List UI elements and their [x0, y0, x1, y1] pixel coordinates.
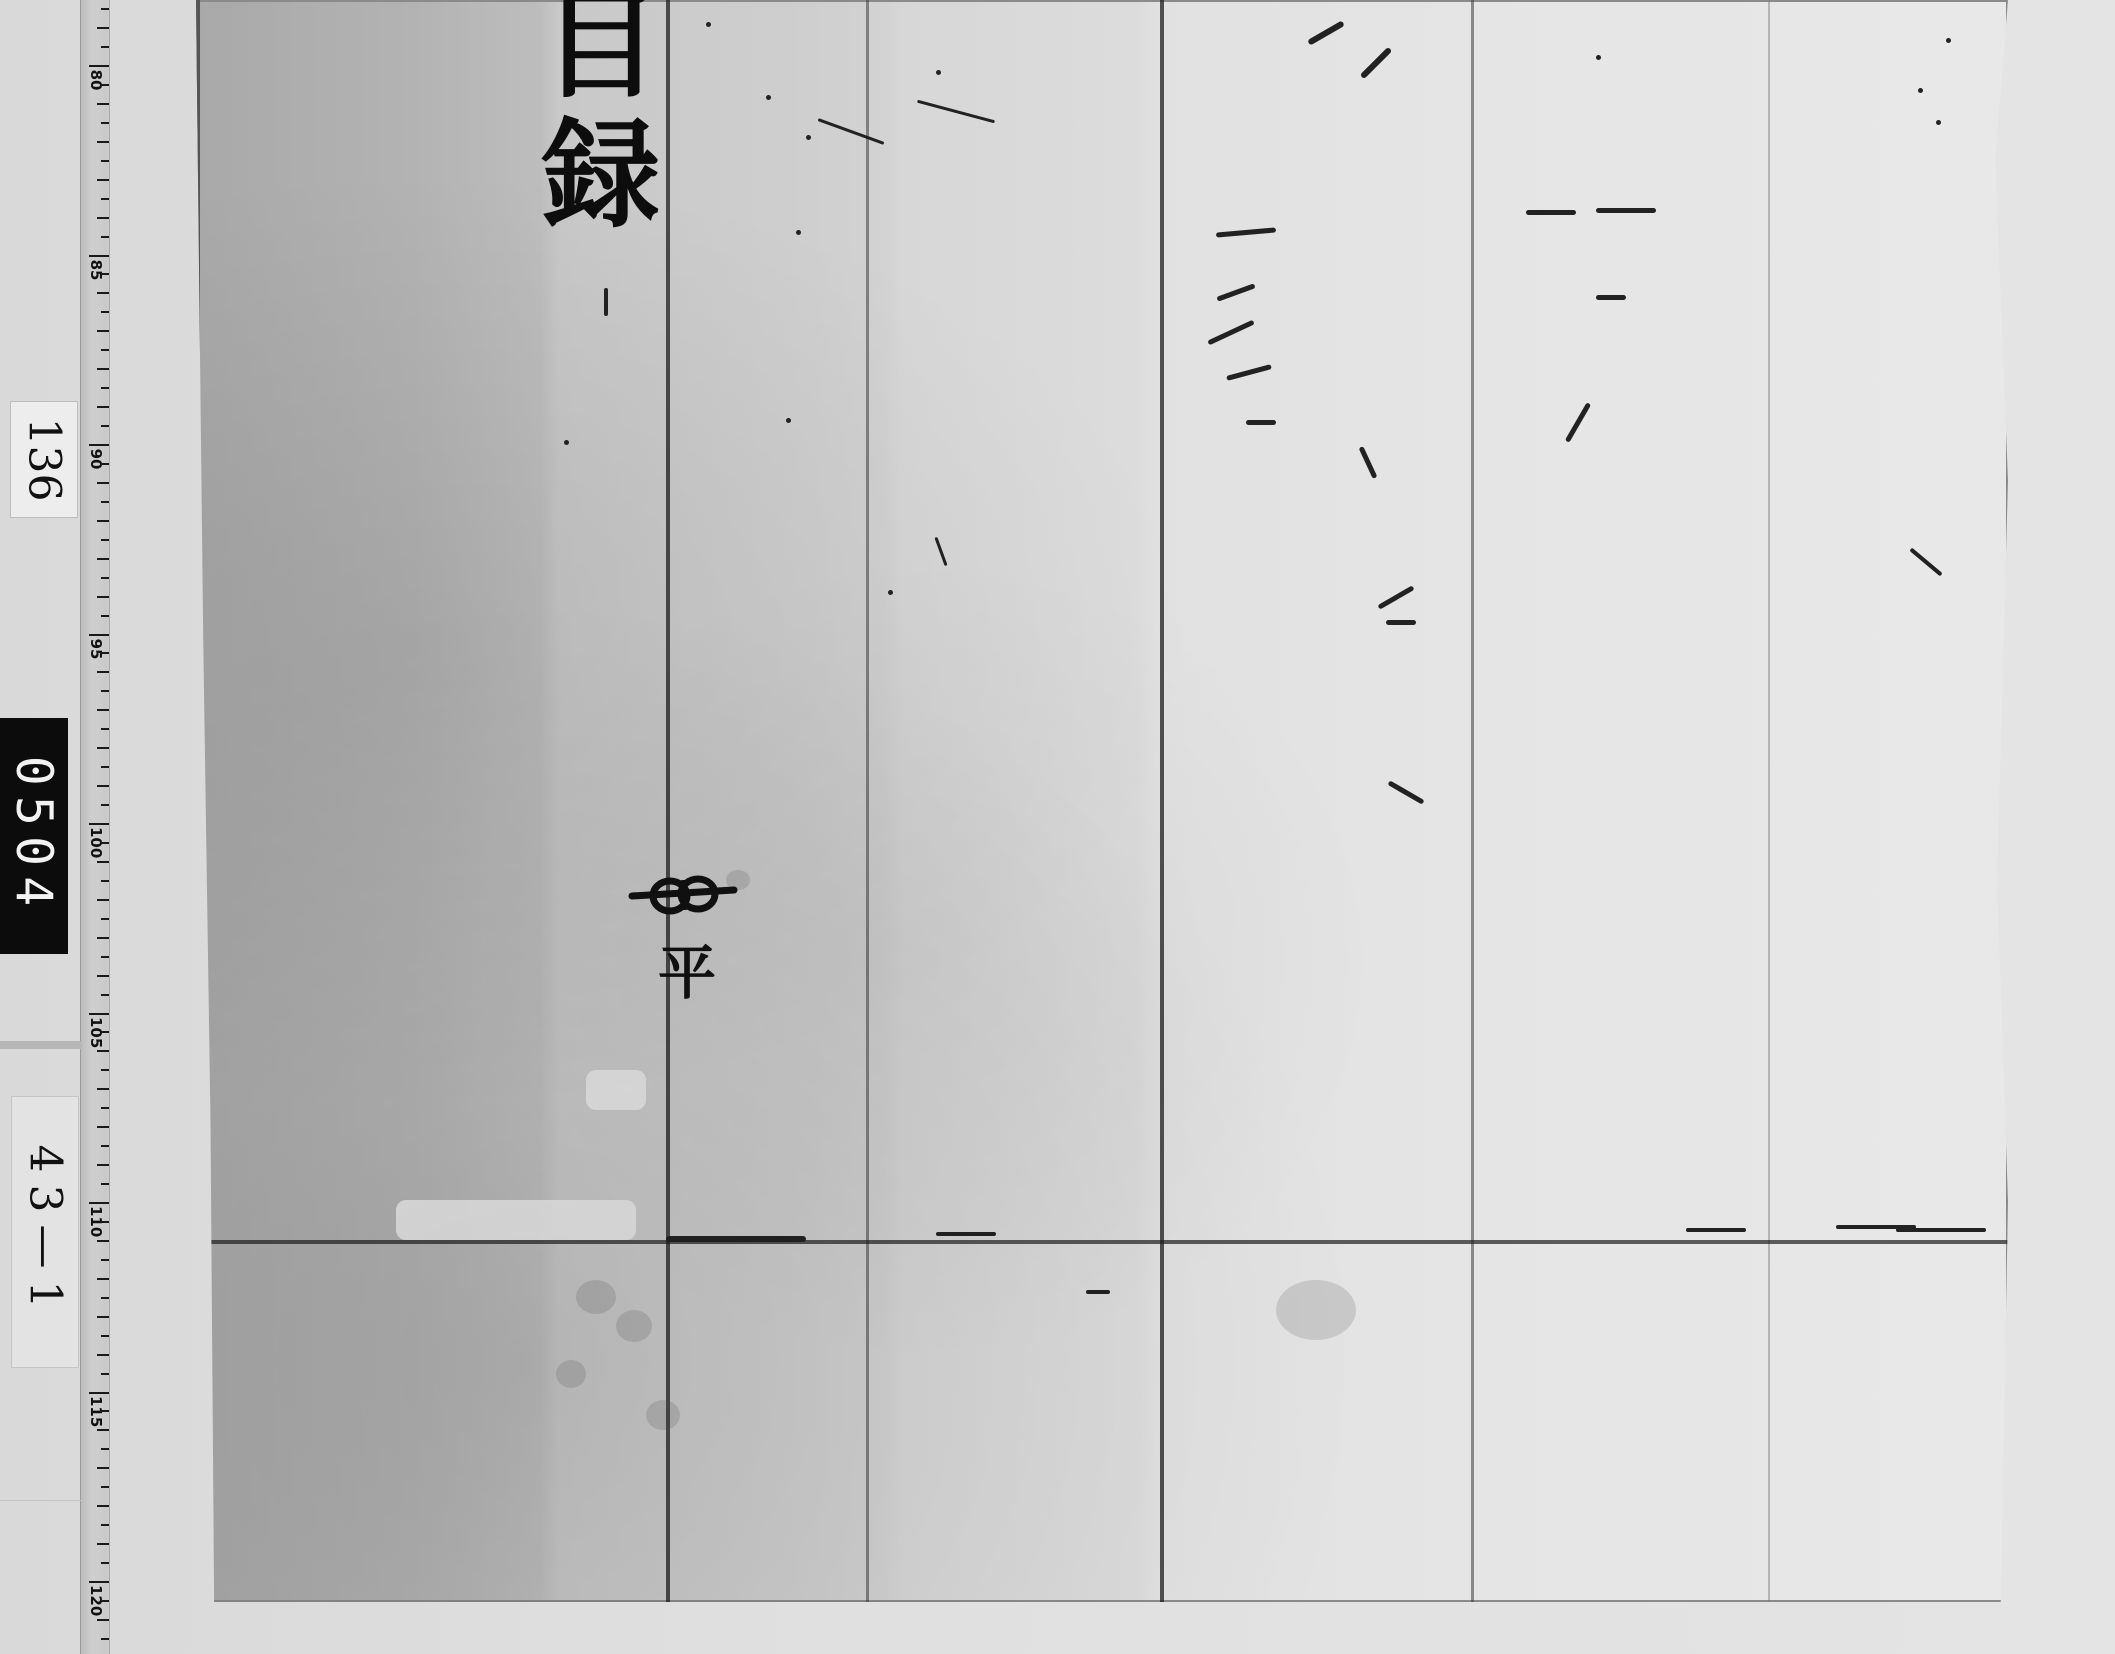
- ruler-tick: [101, 501, 109, 503]
- ruler-tick: [97, 1050, 109, 1052]
- ink-spot: [1946, 38, 1951, 43]
- ruler-label: 95: [87, 638, 105, 660]
- ruler-tick: [89, 1392, 109, 1394]
- ruler-tick: [89, 1013, 109, 1015]
- ruler-tick: [101, 1562, 109, 1564]
- ruler-label: 110: [87, 1206, 105, 1228]
- wormhole-trace: [1246, 420, 1276, 425]
- ruler-tick: [101, 311, 109, 313]
- label-divider: [0, 1500, 82, 1501]
- ruler-tick: [89, 65, 109, 67]
- ruler-tick: [97, 1164, 109, 1166]
- ruler-tick: [101, 1410, 109, 1412]
- ruler-tick: [101, 956, 109, 958]
- wormhole-trace: [1207, 320, 1254, 346]
- ruler-tick: [97, 747, 109, 749]
- ruler-tick: [89, 255, 109, 257]
- ruler-label: 120: [87, 1585, 105, 1607]
- water-stain: [576, 1280, 616, 1314]
- ruler-tick: [101, 8, 109, 10]
- wormhole-trace: [1216, 283, 1255, 301]
- water-stain: [1276, 1280, 1356, 1340]
- ruler-tick: [101, 1448, 109, 1450]
- ruler-tick: [97, 368, 109, 370]
- ruler-tick: [97, 671, 109, 673]
- ruler-label: 105: [87, 1017, 105, 1039]
- ruler-tick: [101, 615, 109, 617]
- ruler-tick: [101, 1335, 109, 1337]
- ruler-tick: [97, 1429, 109, 1431]
- wormhole-trace: [604, 288, 608, 316]
- ruler-tick: [101, 918, 109, 920]
- ruler-tick: [101, 1297, 109, 1299]
- ink-spot: [936, 70, 941, 75]
- ruler-tick: [101, 463, 109, 465]
- wormhole-trace: [1896, 1228, 1986, 1232]
- ruler-tick: [97, 103, 109, 105]
- fold-line: [1471, 0, 1474, 1602]
- ruler-tick: [101, 1259, 109, 1261]
- signature-seal: 平: [628, 868, 738, 998]
- ruler-tick: [97, 785, 109, 787]
- ruler-tick: [97, 217, 109, 219]
- ink-spot: [1596, 55, 1601, 60]
- signature-character: 平: [658, 926, 716, 1010]
- ruler-tick: [101, 539, 109, 541]
- ink-spot: [796, 230, 801, 235]
- ruler-tick: [97, 1505, 109, 1507]
- ink-spot: [1936, 120, 1941, 125]
- wormhole-trace: [1377, 585, 1414, 609]
- wormhole-trace: [1596, 208, 1656, 213]
- wormhole-trace: [1909, 548, 1942, 577]
- ink-spot: [888, 590, 893, 595]
- wormhole-trace: [666, 1236, 806, 1242]
- wormhole-trace: [936, 1232, 996, 1236]
- water-stain: [556, 1360, 586, 1388]
- ruler-tick: [101, 766, 109, 768]
- ruler-tick: [89, 1581, 109, 1583]
- wormhole-trace: [1686, 1228, 1746, 1232]
- label-divider: [0, 1041, 82, 1049]
- item-number: 43—1: [20, 1144, 71, 1320]
- ruler-tick: [97, 1126, 109, 1128]
- ink-spot: [806, 135, 811, 140]
- wormhole-trace: [1307, 20, 1345, 45]
- ruler-tick: [101, 1107, 109, 1109]
- ink-spot: [766, 95, 771, 100]
- kao-seal-icon: [628, 868, 738, 928]
- ruler-tick: [101, 160, 109, 162]
- ruler-tick: [101, 84, 109, 86]
- ruler-tick: [101, 652, 109, 654]
- ruler-tick: [89, 444, 109, 446]
- ruler-tick: [101, 804, 109, 806]
- ruler-tick: [97, 709, 109, 711]
- ruler-tick: [101, 994, 109, 996]
- title-char: 録: [542, 110, 660, 240]
- ruler-tick: [97, 1278, 109, 1280]
- ruler-tick: [101, 46, 109, 48]
- volume-label: 136: [10, 401, 78, 518]
- ruler-tick: [97, 292, 109, 294]
- ruler-tick: [97, 482, 109, 484]
- ruler-tick: [97, 330, 109, 332]
- ruler-tick: [97, 861, 109, 863]
- ink-spot: [1918, 88, 1923, 93]
- document-title: 目 録: [526, 0, 676, 240]
- paper-repair-patch: [586, 1070, 646, 1110]
- historical-document: 目 録 平: [196, 0, 2008, 1602]
- ruler-tick: [101, 1373, 109, 1375]
- ruler-tick: [101, 690, 109, 692]
- ruler-tick: [101, 1600, 109, 1602]
- fold-line: [1160, 0, 1164, 1602]
- wormhole-trace: [1596, 295, 1626, 300]
- frame-number: 0504: [5, 756, 63, 916]
- ruler-tick: [101, 1069, 109, 1071]
- measurement-ruler: 80859095100105110115120: [80, 0, 110, 1654]
- ruler-label: 115: [87, 1396, 105, 1418]
- volume-number: 136: [19, 418, 70, 502]
- ruler-tick: [97, 1354, 109, 1356]
- ruler-tick: [101, 1145, 109, 1147]
- ruler-tick: [97, 937, 109, 939]
- water-stain: [646, 1400, 680, 1430]
- ruler-tick: [97, 596, 109, 598]
- ruler-label: 90: [87, 448, 105, 470]
- ruler-tick: [101, 273, 109, 275]
- ruler-tick: [101, 1221, 109, 1223]
- ruler-tick: [89, 823, 109, 825]
- ruler-tick: [101, 1031, 109, 1033]
- wormhole-trace: [818, 118, 885, 145]
- ruler-tick: [101, 1524, 109, 1526]
- ruler-tick: [97, 1088, 109, 1090]
- ink-spot: [706, 22, 711, 27]
- wormhole-trace: [1387, 780, 1424, 804]
- fold-line: [866, 0, 869, 1602]
- ink-spot: [564, 440, 569, 445]
- ruler-tick: [101, 387, 109, 389]
- ruler-tick: [101, 728, 109, 730]
- ruler-tick: [101, 880, 109, 882]
- ink-spot: [786, 418, 791, 423]
- wormhole-trace: [1386, 620, 1416, 625]
- fold-line: [1768, 0, 1770, 1602]
- ruler-tick: [101, 198, 109, 200]
- ruler-label: 80: [87, 69, 105, 91]
- ruler-tick: [101, 1638, 109, 1640]
- ruler-label: 100: [87, 827, 105, 849]
- frame-number-label: 0504: [0, 718, 68, 954]
- ruler-tick: [97, 1543, 109, 1545]
- ruler-tick: [97, 558, 109, 560]
- wormhole-trace: [1565, 402, 1591, 443]
- wormhole-trace: [934, 537, 947, 566]
- ruler-tick: [97, 520, 109, 522]
- ruler-tick: [97, 1619, 109, 1621]
- ruler-tick: [97, 141, 109, 143]
- ruler-tick: [97, 406, 109, 408]
- fold-line: [196, 1240, 2008, 1244]
- wormhole-trace: [1216, 227, 1276, 237]
- ruler-tick: [97, 975, 109, 977]
- wormhole-trace: [1526, 210, 1576, 215]
- ruler-tick: [97, 1240, 109, 1242]
- wormhole-trace: [1360, 47, 1393, 80]
- ruler-tick: [97, 1316, 109, 1318]
- wormhole-trace: [1359, 446, 1378, 479]
- wormhole-trace: [1226, 364, 1272, 381]
- ruler-label: 85: [87, 259, 105, 281]
- ruler-tick: [101, 122, 109, 124]
- fold-line: [666, 0, 670, 1602]
- item-number-label: 43—1: [11, 1096, 79, 1368]
- ruler-tick: [101, 425, 109, 427]
- ruler-tick: [97, 27, 109, 29]
- water-stain: [616, 1310, 652, 1342]
- ruler-tick: [101, 1486, 109, 1488]
- ruler-tick: [89, 1202, 109, 1204]
- ruler-tick: [101, 1183, 109, 1185]
- paper-repair-patch: [396, 1200, 636, 1240]
- ruler-tick: [97, 1467, 109, 1469]
- ruler-tick: [89, 634, 109, 636]
- wormhole-trace: [1086, 1290, 1110, 1294]
- wormhole-trace: [917, 100, 995, 124]
- ruler-tick: [97, 179, 109, 181]
- title-char: 目: [542, 0, 660, 110]
- ruler-tick: [101, 236, 109, 238]
- ruler-tick: [101, 349, 109, 351]
- ruler-tick: [97, 899, 109, 901]
- ruler-tick: [101, 842, 109, 844]
- ruler-tick: [101, 577, 109, 579]
